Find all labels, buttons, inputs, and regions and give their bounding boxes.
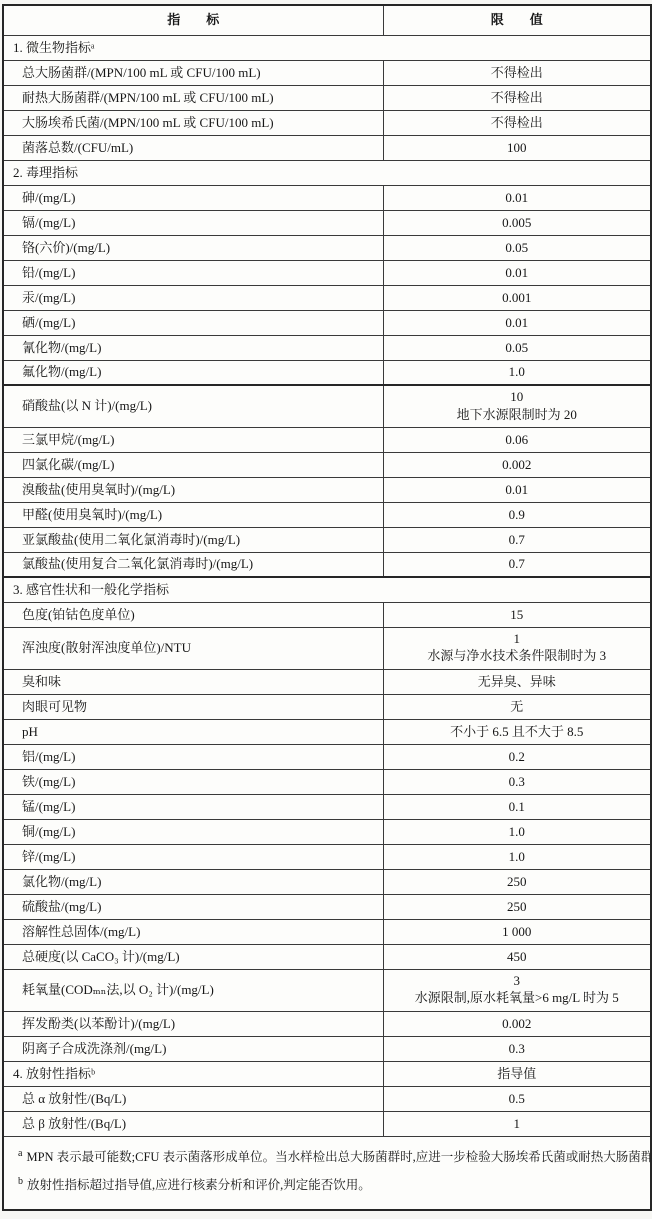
limit-cell: 3水源限制,原水耗氧量>6 mg/L 时为 5 [383, 969, 651, 1011]
table-row: 总 α 放射性/(Bq/L)0.5 [3, 1086, 651, 1111]
header-limit: 限 值 [383, 5, 651, 35]
table-row: 色度(铂钴色度单位)15 [3, 602, 651, 627]
limit-cell: 0.06 [383, 427, 651, 452]
footnote-text: 放射性指标超过指导值,应进行核素分析和评价,判定能否饮用。 [27, 1178, 371, 1192]
footnote-text: MPN 表示最可能数;CFU 表示菌落形成单位。当水样检出总大肠菌群时,应进一步… [26, 1150, 651, 1164]
indicator-cell: 镉/(mg/L) [3, 210, 383, 235]
limit-cell: 1.0 [383, 819, 651, 844]
header-indicator: 指 标 [3, 5, 383, 35]
table-row: 镉/(mg/L)0.005 [3, 210, 651, 235]
limit-cell: 不小于 6.5 且不大于 8.5 [383, 719, 651, 744]
limit-cell: 250 [383, 894, 651, 919]
indicator-cell: 铬(六价)/(mg/L) [3, 235, 383, 260]
table-row: 汞/(mg/L)0.001 [3, 285, 651, 310]
table-row: 亚氯酸盐(使用二氧化氯消毒时)/(mg/L)0.7 [3, 527, 651, 552]
indicator-cell: 挥发酚类(以苯酚计)/(mg/L) [3, 1011, 383, 1036]
table-row: 总 β 放射性/(Bq/L)1 [3, 1111, 651, 1136]
table-row: 硝酸盐(以 N 计)/(mg/L)10地下水源限制时为 20 [3, 385, 651, 427]
table-row: 耗氧量(CODₘₙ法,以 O₂ 计)/(mg/L)3水源限制,原水耗氧量>6 m… [3, 969, 651, 1011]
table-row: 锌/(mg/L)1.0 [3, 844, 651, 869]
limit-cell: 0.7 [383, 527, 651, 552]
limit-cell: 0.002 [383, 452, 651, 477]
table-row: 氟化物/(mg/L)1.0 [3, 360, 651, 385]
indicator-cell: 氰化物/(mg/L) [3, 335, 383, 360]
limit-line-2: 水源与净水技术条件限制时为 3 [388, 647, 647, 666]
section-row: 4. 放射性指标ᵇ指导值 [3, 1061, 651, 1086]
limit-cell: 0.05 [383, 235, 651, 260]
indicator-cell: 锌/(mg/L) [3, 844, 383, 869]
table-row: 臭和味无异臭、异味 [3, 669, 651, 694]
section-label: 2. 毒理指标 [3, 160, 651, 185]
footnotes-row: aMPN 表示最可能数;CFU 表示菌落形成单位。当水样检出总大肠菌群时,应进一… [3, 1136, 651, 1210]
limit-cell: 0.001 [383, 285, 651, 310]
footnotes-cell: aMPN 表示最可能数;CFU 表示菌落形成单位。当水样检出总大肠菌群时,应进一… [3, 1136, 651, 1210]
limit-cell: 100 [383, 135, 651, 160]
indicator-cell: 甲醛(使用臭氧时)/(mg/L) [3, 502, 383, 527]
limit-cell: 250 [383, 869, 651, 894]
indicator-cell: 菌落总数/(CFU/mL) [3, 135, 383, 160]
limit-cell: 0.01 [383, 260, 651, 285]
limit-cell: 1.0 [383, 360, 651, 385]
table-row: 肉眼可见物无 [3, 694, 651, 719]
table-row: 浑浊度(散射浑浊度单位)/NTU1水源与净水技术条件限制时为 3 [3, 627, 651, 669]
indicator-cell: pH [3, 719, 383, 744]
indicator-cell: 色度(铂钴色度单位) [3, 602, 383, 627]
indicator-cell: 硒/(mg/L) [3, 310, 383, 335]
indicator-limit-table: 指 标 限 值 1. 微生物指标ᵃ总大肠菌群/(MPN/100 mL 或 CFU… [2, 4, 652, 1211]
table-row: pH不小于 6.5 且不大于 8.5 [3, 719, 651, 744]
limit-cell: 指导值 [383, 1061, 651, 1086]
indicator-cell: 溶解性总固体/(mg/L) [3, 919, 383, 944]
limit-cell: 0.5 [383, 1086, 651, 1111]
limit-cell: 1 000 [383, 919, 651, 944]
scanned-standard-page: { "colors": { "border": "#3a3a3a", "pape… [0, 0, 652, 1219]
limit-cell: 0.7 [383, 552, 651, 577]
table-row: 砷/(mg/L)0.01 [3, 185, 651, 210]
table-row: 铅/(mg/L)0.01 [3, 260, 651, 285]
indicator-cell: 硝酸盐(以 N 计)/(mg/L) [3, 385, 383, 427]
footnote-marker: b [18, 1176, 27, 1187]
indicator-cell: 汞/(mg/L) [3, 285, 383, 310]
indicator-cell: 铜/(mg/L) [3, 819, 383, 844]
table-row: 总硬度(以 CaCO₃ 计)/(mg/L)450 [3, 944, 651, 969]
table-header: 指 标 限 值 [3, 5, 651, 35]
header-row: 指 标 限 值 [3, 5, 651, 35]
indicator-cell: 铅/(mg/L) [3, 260, 383, 285]
indicator-cell: 溴酸盐(使用臭氧时)/(mg/L) [3, 477, 383, 502]
indicator-cell: 三氯甲烷/(mg/L) [3, 427, 383, 452]
limit-cell: 0.3 [383, 769, 651, 794]
table-row: 三氯甲烷/(mg/L)0.06 [3, 427, 651, 452]
limit-cell: 1水源与净水技术条件限制时为 3 [383, 627, 651, 669]
indicator-cell: 氯酸盐(使用复合二氧化氯消毒时)/(mg/L) [3, 552, 383, 577]
indicator-cell: 锰/(mg/L) [3, 794, 383, 819]
limit-cell: 10地下水源限制时为 20 [383, 385, 651, 427]
indicator-cell: 亚氯酸盐(使用二氧化氯消毒时)/(mg/L) [3, 527, 383, 552]
footnote-b: b放射性指标超过指导值,应进行核素分析和评价,判定能否饮用。 [18, 1173, 638, 1197]
limit-cell: 0.01 [383, 310, 651, 335]
limit-cell: 0.3 [383, 1036, 651, 1061]
table-row: 硒/(mg/L)0.01 [3, 310, 651, 335]
table-row: 氯化物/(mg/L)250 [3, 869, 651, 894]
limit-cell: 0.2 [383, 744, 651, 769]
table-row: 氰化物/(mg/L)0.05 [3, 335, 651, 360]
standards-table-body: 1. 微生物指标ᵃ总大肠菌群/(MPN/100 mL 或 CFU/100 mL)… [3, 35, 651, 1210]
limit-cell: 1 [383, 1111, 651, 1136]
table-row: 总大肠菌群/(MPN/100 mL 或 CFU/100 mL)不得检出 [3, 60, 651, 85]
section-row: 3. 感官性状和一般化学指标 [3, 577, 651, 602]
limit-line-1: 1 [388, 630, 647, 648]
table-row: 耐热大肠菌群/(MPN/100 mL 或 CFU/100 mL)不得检出 [3, 85, 651, 110]
limit-line-2: 水源限制,原水耗氧量>6 mg/L 时为 5 [388, 989, 647, 1008]
indicator-cell: 氯化物/(mg/L) [3, 869, 383, 894]
limit-line-1: 10 [388, 388, 647, 406]
indicator-cell: 肉眼可见物 [3, 694, 383, 719]
document-sheet: 指 标 限 值 1. 微生物指标ᵃ总大肠菌群/(MPN/100 mL 或 CFU… [2, 4, 650, 1211]
table-row: 铁/(mg/L)0.3 [3, 769, 651, 794]
table-row: 挥发酚类(以苯酚计)/(mg/L)0.002 [3, 1011, 651, 1036]
indicator-cell: 四氯化碳/(mg/L) [3, 452, 383, 477]
table-row: 硫酸盐/(mg/L)250 [3, 894, 651, 919]
indicator-cell: 总硬度(以 CaCO₃ 计)/(mg/L) [3, 944, 383, 969]
limit-cell: 不得检出 [383, 60, 651, 85]
limit-cell: 0.002 [383, 1011, 651, 1036]
limit-line-2: 地下水源限制时为 20 [388, 406, 647, 425]
indicator-cell: 砷/(mg/L) [3, 185, 383, 210]
section-label: 3. 感官性状和一般化学指标 [3, 577, 651, 602]
indicator-cell: 4. 放射性指标ᵇ [3, 1061, 383, 1086]
table-row: 甲醛(使用臭氧时)/(mg/L)0.9 [3, 502, 651, 527]
section-row: 1. 微生物指标ᵃ [3, 35, 651, 60]
indicator-cell: 阴离子合成洗涤剂/(mg/L) [3, 1036, 383, 1061]
indicator-cell: 耐热大肠菌群/(MPN/100 mL 或 CFU/100 mL) [3, 85, 383, 110]
indicator-cell: 铁/(mg/L) [3, 769, 383, 794]
limit-cell: 不得检出 [383, 110, 651, 135]
limit-cell: 不得检出 [383, 85, 651, 110]
limit-line-1: 3 [388, 972, 647, 990]
limit-cell: 无 [383, 694, 651, 719]
section-label: 1. 微生物指标ᵃ [3, 35, 651, 60]
limit-cell: 450 [383, 944, 651, 969]
limit-cell: 0.05 [383, 335, 651, 360]
limit-cell: 0.9 [383, 502, 651, 527]
indicator-cell: 总 β 放射性/(Bq/L) [3, 1111, 383, 1136]
indicator-cell: 耗氧量(CODₘₙ法,以 O₂ 计)/(mg/L) [3, 969, 383, 1011]
limit-cell: 0.1 [383, 794, 651, 819]
table-row: 铜/(mg/L)1.0 [3, 819, 651, 844]
table-row: 溴酸盐(使用臭氧时)/(mg/L)0.01 [3, 477, 651, 502]
limit-cell: 1.0 [383, 844, 651, 869]
limit-cell: 0.005 [383, 210, 651, 235]
indicator-cell: 臭和味 [3, 669, 383, 694]
limit-cell: 15 [383, 602, 651, 627]
table-row: 溶解性总固体/(mg/L)1 000 [3, 919, 651, 944]
table-row: 菌落总数/(CFU/mL)100 [3, 135, 651, 160]
indicator-cell: 硫酸盐/(mg/L) [3, 894, 383, 919]
indicator-cell: 大肠埃希氏菌/(MPN/100 mL 或 CFU/100 mL) [3, 110, 383, 135]
indicator-cell: 总 α 放射性/(Bq/L) [3, 1086, 383, 1111]
table-row: 氯酸盐(使用复合二氧化氯消毒时)/(mg/L)0.7 [3, 552, 651, 577]
table-row: 四氯化碳/(mg/L)0.002 [3, 452, 651, 477]
limit-cell: 0.01 [383, 477, 651, 502]
indicator-cell: 氟化物/(mg/L) [3, 360, 383, 385]
table-row: 铬(六价)/(mg/L)0.05 [3, 235, 651, 260]
indicator-cell: 铝/(mg/L) [3, 744, 383, 769]
table-row: 阴离子合成洗涤剂/(mg/L)0.3 [3, 1036, 651, 1061]
limit-cell: 0.01 [383, 185, 651, 210]
indicator-cell: 总大肠菌群/(MPN/100 mL 或 CFU/100 mL) [3, 60, 383, 85]
footnote-a: aMPN 表示最可能数;CFU 表示菌落形成单位。当水样检出总大肠菌群时,应进一… [18, 1145, 638, 1169]
table-row: 锰/(mg/L)0.1 [3, 794, 651, 819]
indicator-cell: 浑浊度(散射浑浊度单位)/NTU [3, 627, 383, 669]
table-row: 大肠埃希氏菌/(MPN/100 mL 或 CFU/100 mL)不得检出 [3, 110, 651, 135]
section-row: 2. 毒理指标 [3, 160, 651, 185]
table-row: 铝/(mg/L)0.2 [3, 744, 651, 769]
limit-cell: 无异臭、异味 [383, 669, 651, 694]
